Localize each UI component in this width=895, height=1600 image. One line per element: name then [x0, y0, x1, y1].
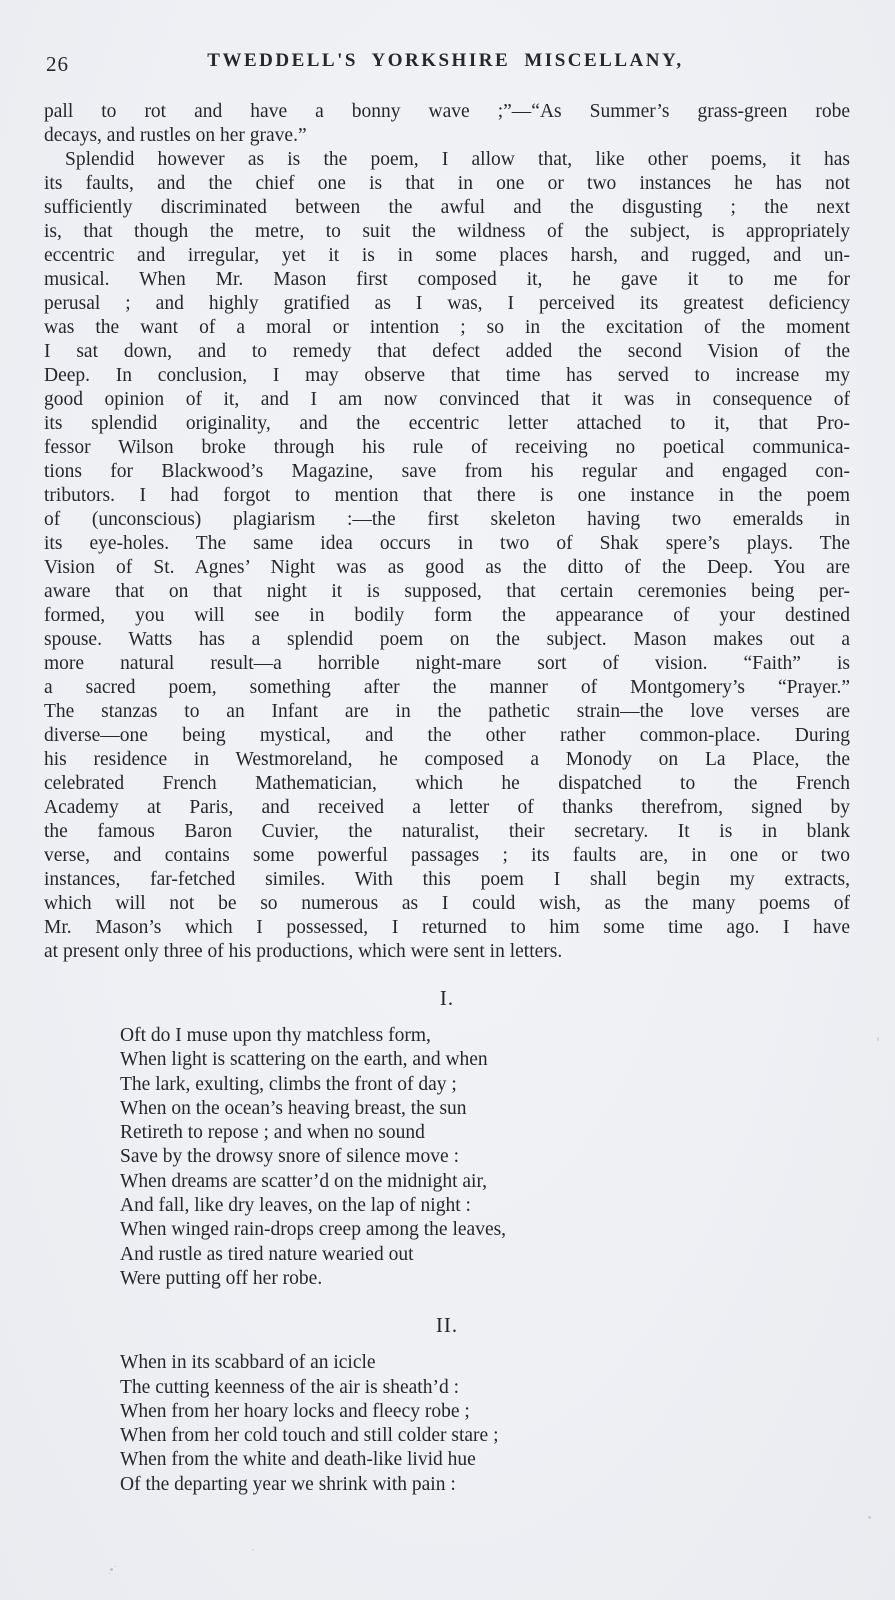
text-line: the famous Baron Cuvier, the naturalist,… [44, 820, 850, 844]
poem-sections: I.Oft do I muse upon thy matchless form,… [44, 985, 850, 1497]
text-line: perusal ; and highly gratified as I was,… [44, 292, 850, 316]
text-line: its splendid originality, and the eccent… [44, 412, 850, 436]
text-line: at present only three of his productions… [44, 940, 850, 964]
poem-line: When on the ocean’s heaving breast, the … [120, 1097, 850, 1121]
text-line: Academy at Paris, and received a letter … [44, 796, 850, 820]
section-numeral: I. [44, 985, 850, 1011]
scan-speck [110, 1568, 113, 1571]
text-line: tions for Blackwood’s Magazine, save fro… [44, 460, 850, 484]
text-line: Deep. In conclusion, I may observe that … [44, 364, 850, 388]
poem-line: The cutting keenness of the air is sheat… [120, 1376, 850, 1400]
poem-line: When in its scabbard of an icicle [120, 1351, 850, 1375]
text-line: musical. When Mr. Mason first composed i… [44, 268, 850, 292]
poem-stanza: Oft do I muse upon thy matchless form,Wh… [120, 1024, 850, 1291]
text-line: Mr. Mason’s which I possessed, I returne… [44, 916, 850, 940]
paragraph: pall to rot and have a bonny wave ;”—“As… [44, 100, 850, 148]
poem-line: Of the departing year we shrink with pai… [120, 1473, 850, 1497]
text-line: its faults, and the chief one is that in… [44, 172, 850, 196]
text-line: fessor Wilson broke through his rule of … [44, 436, 850, 460]
text-line: decays, and rustles on her grave.” [44, 124, 850, 148]
scan-speck [868, 1516, 871, 1519]
text-column: pall to rot and have a bonny wave ;”—“As… [44, 100, 850, 1497]
text-line: eccentric and irregular, yet it is in so… [44, 244, 850, 268]
text-line: diverse—one being mystical, and the othe… [44, 724, 850, 748]
text-line: spouse. Watts has a splendid poem on the… [44, 628, 850, 652]
text-line: more natural result—a horrible night-mar… [44, 652, 850, 676]
text-line: Vision of St. Agnes’ Night was as good a… [44, 556, 850, 580]
text-line: I sat down, and to remedy that defect ad… [44, 340, 850, 364]
poem-line: Were putting off her robe. [120, 1267, 850, 1291]
poem-stanza: When in its scabbard of an icicleThe cut… [120, 1351, 850, 1497]
section-numeral: II. [44, 1312, 850, 1338]
poem-line: When from her cold touch and still colde… [120, 1424, 850, 1448]
text-line: verse, and contains some powerful passag… [44, 844, 850, 868]
page-number: 26 [46, 52, 69, 77]
text-line: instances, far-fetched similes. With thi… [44, 868, 850, 892]
poem-line: Oft do I muse upon thy matchless form, [120, 1024, 850, 1048]
running-title: TWEDDELL'S YORKSHIRE MISCELLANY, [44, 50, 847, 72]
poem-line: When from the white and death-like livid… [120, 1448, 850, 1472]
scan-speck [252, 1549, 254, 1551]
poem-line: The lark, exulting, climbs the front of … [120, 1073, 850, 1097]
paragraph: Splendid however as is the poem, I allow… [44, 148, 850, 964]
text-line: of (unconscious) plagiarism :—the first … [44, 508, 850, 532]
text-line: formed, you will see in bodily form the … [44, 604, 850, 628]
poem-line: When winged rain-drops creep among the l… [120, 1218, 850, 1242]
text-line: a sacred poem, something after the manne… [44, 676, 850, 700]
text-line: sufficiently discriminated between the a… [44, 196, 850, 220]
poem-line: And rustle as tired nature wearied out [120, 1243, 850, 1267]
text-line: The stanzas to an Infant are in the path… [44, 700, 850, 724]
book-page: 26 TWEDDELL'S YORKSHIRE MISCELLANY, pall… [0, 0, 895, 1600]
poem-line: When light is scattering on the earth, a… [120, 1048, 850, 1072]
text-line: celebrated French Mathematician, which h… [44, 772, 850, 796]
poem-line: When from her hoary locks and fleecy rob… [120, 1400, 850, 1424]
text-line: pall to rot and have a bonny wave ;”—“As… [44, 100, 850, 124]
prose-paragraphs: pall to rot and have a bonny wave ;”—“As… [44, 100, 850, 964]
poem-line: Save by the drowsy snore of silence move… [120, 1145, 850, 1169]
scan-speck [877, 1037, 879, 1041]
poem-line: And fall, like dry leaves, on the lap of… [120, 1194, 850, 1218]
text-line: was the want of a moral or intention ; s… [44, 316, 850, 340]
text-line: is, that though the metre, to suit the w… [44, 220, 850, 244]
text-line: Splendid however as is the poem, I allow… [44, 148, 850, 172]
text-line: aware that on that night it is supposed,… [44, 580, 850, 604]
text-line: his residence in Westmoreland, he compos… [44, 748, 850, 772]
text-line: its eye-holes. The same idea occurs in t… [44, 532, 850, 556]
text-line: which will not be so numerous as I could… [44, 892, 850, 916]
page-header: 26 TWEDDELL'S YORKSHIRE MISCELLANY, [44, 50, 847, 78]
poem-line: Retireth to repose ; and when no sound [120, 1121, 850, 1145]
text-line: tributors. I had forgot to mention that … [44, 484, 850, 508]
poem-line: When dreams are scatter’d on the midnigh… [120, 1170, 850, 1194]
text-line: good opinion of it, and I am now convinc… [44, 388, 850, 412]
